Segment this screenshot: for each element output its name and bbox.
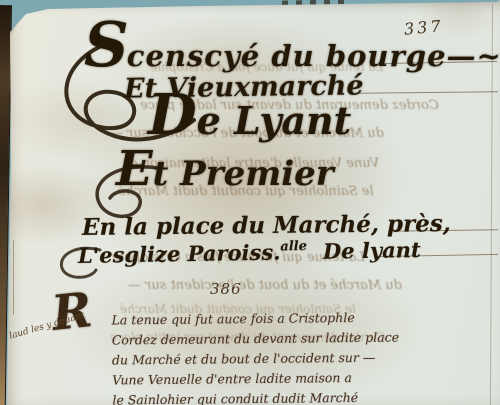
page-edge-line	[13, 240, 14, 315]
heading-line1-dash: —~	[447, 39, 500, 73]
heading-censier-du-bourg: Scenscyé du bourge—~	[84, 26, 500, 73]
heading-line6-superscript: alle	[280, 239, 307, 254]
manuscript-photo: Cordez demeurant du devant sur ladite pl…	[0, 0, 500, 405]
body-line: du Marché et du bout de l'occident sur —	[112, 347, 399, 370]
bleedthrough-text: du Marché et du bout de l'occident sur —	[128, 278, 402, 293]
heading-et-premier: Et Premier	[116, 154, 334, 194]
heading-line6-main: L'esglize Paroiss.	[78, 239, 281, 268]
heading-place-du-marche: En la place du Marché, près,	[82, 210, 451, 241]
manuscript-page: Cordez demeurant du devant sur ladite pl…	[0, 0, 500, 405]
ruled-line	[352, 91, 498, 94]
body-line: le Sainlohier qui conduit dudit Marché	[112, 387, 399, 405]
body-paragraph: La tenue qui fut auce fois a Cristophle …	[111, 307, 399, 405]
heading-line1-text: Scenscyé du bourge	[84, 39, 447, 73]
heading-eglise-paroissiale: L'esglize Paroiss.alleDe lyant	[78, 237, 421, 268]
heading-de-lyant: De Lyant	[148, 98, 351, 143]
heading-line6-end: De lyant	[323, 237, 421, 264]
center-number: 386	[210, 280, 242, 298]
